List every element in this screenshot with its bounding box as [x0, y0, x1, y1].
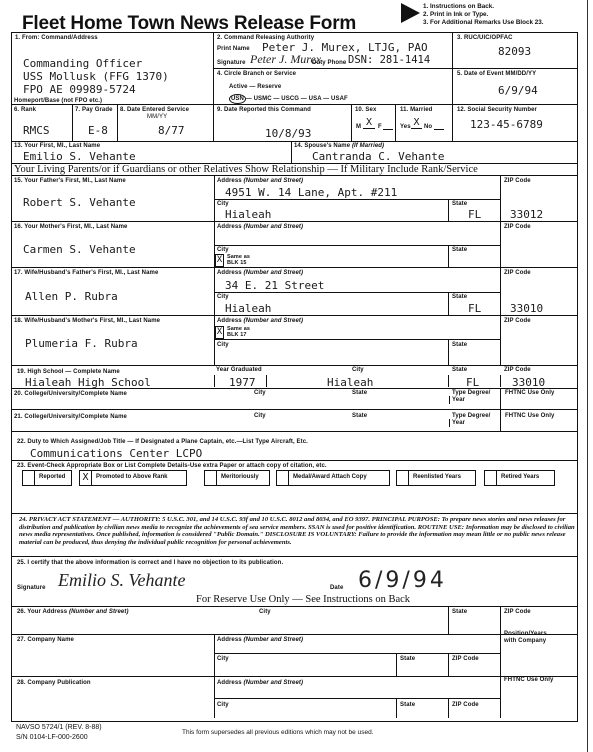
- date-reported-field[interactable]: 10/8/93: [265, 127, 311, 140]
- block14-label: 14. Spouse's Name: [294, 143, 350, 149]
- spouse-father-city-field[interactable]: Hialeah: [225, 302, 271, 315]
- block13-label: 13. Your First, MI., Last Name: [14, 143, 100, 149]
- block27-city-label: City: [217, 656, 229, 662]
- block16-zip-label: ZIP Code: [504, 224, 531, 230]
- block26-state-label: State: [452, 609, 467, 615]
- event-retired-checkbox[interactable]: [485, 471, 497, 485]
- block20-degree-label2: Year: [452, 397, 465, 403]
- date25-label: Date: [330, 585, 343, 591]
- block1-label: 1. From: Command/Address: [15, 35, 98, 41]
- date-entered-field[interactable]: 8/77: [158, 124, 185, 137]
- position-years-label2: with Company: [504, 638, 546, 644]
- spouse-father-name-field[interactable]: Allen P. Rubra: [25, 290, 118, 303]
- block20-fhtnc-label: FHTNC Use Only: [505, 390, 554, 396]
- position-years-label: Position/Years: [504, 631, 547, 637]
- event-reenlisted-checkbox[interactable]: [397, 471, 409, 485]
- privacy-act-statement: 24. PRIVACY ACT STATEMENT — AUTHORITY: 5…: [19, 516, 579, 546]
- instruction-1: 1. Instructions on Back.: [423, 3, 494, 10]
- duty-field[interactable]: Communications Center LCPO: [30, 447, 202, 460]
- sex-f-label: F: [378, 124, 382, 130]
- block12-label: 12. Social Security Number: [457, 107, 537, 113]
- block10-label: 10. Sex: [355, 107, 376, 113]
- event-reenlisted[interactable]: Reenlisted Years: [396, 470, 476, 486]
- event-reported-label: Reported: [39, 474, 65, 480]
- event-promoted-label: Promoted to Above Rank: [96, 474, 167, 480]
- block4-label: 4. Circle Branch or Service: [217, 71, 296, 77]
- spouse-mother-name-field[interactable]: Plumeria F. Rubra: [25, 337, 138, 350]
- block17-city-label: City: [217, 294, 229, 300]
- block27-zip-label: ZIP Code: [452, 656, 479, 662]
- hs-city-label: City: [352, 367, 364, 373]
- hs-zip-label: ZIP Code: [504, 367, 531, 373]
- block15-city-label: City: [217, 201, 229, 207]
- your-name-field[interactable]: Emilio S. Vehante: [23, 150, 136, 163]
- block18-address-label: Address: [217, 318, 242, 324]
- event-retired[interactable]: Retired Years: [484, 470, 555, 486]
- block20-label: 20. College/University/Complete Name: [14, 391, 127, 397]
- event-reenlisted-label: Reenlisted Years: [413, 474, 461, 480]
- block28-address-label: Address: [217, 680, 242, 686]
- event-details-area[interactable]: [14, 490, 574, 512]
- mother-same-as-checkbox[interactable]: X: [215, 254, 224, 267]
- block28-state-label: State: [400, 702, 415, 708]
- event-reported[interactable]: Reported: [22, 470, 72, 486]
- from-line-2[interactable]: USS Mollusk (FFG 1370): [23, 70, 169, 83]
- event-meritoriously[interactable]: Meritoriously: [204, 470, 270, 486]
- block21-city-label: City: [254, 413, 266, 419]
- certify-date[interactable]: 6/9/94: [358, 568, 447, 593]
- block11-label: 11. Married: [400, 107, 432, 113]
- block17-zip-label: ZIP Code: [504, 270, 531, 276]
- block8-label: 8. Date Entered Service: [120, 107, 189, 113]
- hs-state-label: State: [452, 367, 467, 373]
- spouse-mother-same-as-checkbox[interactable]: X: [215, 326, 224, 339]
- married-no-label: No: [424, 124, 432, 130]
- signature-label: Signature: [217, 60, 246, 66]
- block5-label: 5. Date of Event MM/DD/YY: [457, 71, 536, 77]
- active-reserve-options[interactable]: Active — Reserve: [229, 84, 281, 90]
- year-graduated-label: Year Graduated: [216, 367, 262, 373]
- event-medal-award[interactable]: Medal/Award Attach Copy: [276, 470, 390, 486]
- instruction-3: 3. For Additional Remarks Use Block 23.: [423, 19, 544, 26]
- block26-zip-label: ZIP Code: [504, 609, 531, 615]
- block21-degree-label: Type Degree/: [452, 413, 490, 419]
- rank-field[interactable]: RMCS: [23, 124, 50, 137]
- married-yes-label: Yes: [400, 124, 411, 130]
- father-address-field[interactable]: 4951 W. 14 Lane, Apt. #211: [225, 186, 397, 199]
- event-medal-award-label: Medal/Award Attach Copy: [293, 474, 367, 480]
- block14-label-hint: (If Married): [352, 143, 384, 149]
- block16-label: 16. Your Mother's First, MI., Last Name: [14, 224, 127, 230]
- block21-degree-label2: Year: [452, 420, 465, 426]
- block21-state-label: State: [352, 413, 367, 419]
- stock-number: S/N 0104-LF-000-2600: [16, 734, 88, 741]
- block21-fhtnc-label: FHTNC Use Only: [505, 413, 554, 419]
- block9-label: 9. Date Reported this Command: [217, 107, 311, 113]
- duty-phone-field[interactable]: DSN: 281-1414: [348, 54, 430, 66]
- married-no-checkbox[interactable]: [434, 117, 444, 130]
- block26-city-label: City: [259, 609, 271, 615]
- block28-city-label: City: [217, 702, 229, 708]
- supersedes-note: This form supersedes all previous editio…: [182, 729, 373, 736]
- block15-address-label: Address: [217, 178, 242, 184]
- pay-grade-field[interactable]: E-8: [88, 124, 108, 137]
- father-name-field[interactable]: Robert S. Vehante: [23, 196, 136, 209]
- member-signature[interactable]: Emilio S. Vehante: [58, 570, 185, 591]
- married-yes-checkbox[interactable]: X: [411, 117, 422, 129]
- block23-label: 23. Event-Check Appropriate Box or List …: [17, 463, 327, 469]
- block20-city-label: City: [254, 390, 266, 396]
- event-meritoriously-checkbox[interactable]: [205, 471, 217, 485]
- block17-label: 17. Wife/Husband's Father's First, MI., …: [14, 270, 158, 276]
- spouse-name-field[interactable]: Cantranda C. Vehante: [312, 150, 444, 163]
- form-number: NAVSO 5724/1 (REV. 8-88): [16, 724, 102, 731]
- block8-sublabel: MM/YY: [147, 114, 167, 120]
- block27-state-label: State: [400, 656, 415, 662]
- block20-degree-label: Type Degree/: [452, 390, 490, 396]
- block27-label: 27. Company Name: [17, 637, 74, 643]
- sex-m-checkbox[interactable]: X: [363, 117, 375, 129]
- father-city-field[interactable]: Hialeah: [225, 208, 271, 221]
- from-line-3[interactable]: FPO AE 09989-5724: [23, 83, 136, 96]
- ruc-field[interactable]: 82093: [498, 45, 531, 58]
- block28-fhtnc-label: FHTNC Use Only: [504, 677, 553, 683]
- event-retired-label: Retired Years: [501, 474, 539, 480]
- ssn-field[interactable]: 123-45-6789: [470, 118, 543, 131]
- spouse-father-zip-field[interactable]: 33010: [510, 302, 543, 315]
- page-edge-right: [587, 0, 588, 752]
- instruction-2: 2. Print in Ink or Type.: [423, 11, 488, 18]
- block6-label: 6. Rank: [14, 107, 36, 113]
- block17-address-label: Address: [217, 270, 242, 276]
- block15-zip-label: ZIP Code: [504, 178, 531, 184]
- reserve-banner: For Reserve Use Only — See Instructions …: [196, 594, 410, 605]
- duty-phone-label: Duty Phone: [312, 60, 346, 66]
- from-line-1[interactable]: Commanding Officer: [23, 57, 142, 70]
- block16-city-label: City: [217, 247, 229, 253]
- block15-state-label: State: [452, 201, 467, 207]
- event-meritoriously-label: Meritoriously: [221, 474, 259, 480]
- block3-label: 3. RUC/UIC/OPFAC: [457, 35, 513, 41]
- block21-label: 21. College/University/Complete Name: [14, 414, 127, 420]
- block18-zip-label: ZIP Code: [504, 318, 531, 324]
- mother-name-field[interactable]: Carmen S. Vehante: [23, 243, 136, 256]
- sex-f-checkbox[interactable]: [383, 117, 393, 130]
- spouse-mother-same-as-block: BLK 17: [227, 332, 247, 338]
- block28-label: 28. Company Publication: [17, 680, 91, 686]
- sex-m-label: M: [356, 124, 361, 130]
- block17-state-label: State: [452, 294, 467, 300]
- spouse-father-state-field[interactable]: FL: [468, 302, 481, 315]
- block16-address-label: Address: [217, 224, 242, 230]
- spouse-father-address-field[interactable]: 34 E. 21 Street: [225, 279, 324, 292]
- signature25-label: Signature: [17, 585, 46, 591]
- block20-state-label: State: [352, 390, 367, 396]
- branch-options[interactable]: USN — USMC — USCG — USA — USAF: [231, 96, 348, 102]
- block18-state-label: State: [452, 342, 467, 348]
- block16-state-label: State: [452, 247, 467, 253]
- relatives-banner: Your Living Parents/or if Guardians or o…: [14, 164, 478, 175]
- block25-label: 25. I certify that the above information…: [17, 560, 283, 566]
- father-state-field[interactable]: FL: [468, 208, 481, 221]
- block27-address-label: Address: [217, 637, 242, 643]
- mother-same-as-block: BLK 15: [227, 260, 247, 266]
- event-date-field[interactable]: 6/9/94: [498, 84, 538, 97]
- event-promoted[interactable]: XPromoted to Above Rank: [79, 470, 187, 486]
- event-medal-award-checkbox[interactable]: [277, 471, 289, 485]
- pointer-arrow-icon: [401, 3, 420, 23]
- block18-label: 18. Wife/Husband's Mother's First, MI., …: [14, 318, 160, 324]
- event-reported-checkbox[interactable]: [23, 471, 35, 485]
- block7-label: 7. Pay Grade: [75, 107, 113, 113]
- block22-label: 22. Duty to Which Assigned/Job Title — I…: [17, 439, 308, 445]
- block19-label: 19. High School — Complete Name: [17, 369, 120, 375]
- father-zip-field[interactable]: 33012: [510, 208, 543, 221]
- block15-label: 15. Your Father's First, MI., Last Name: [14, 178, 126, 184]
- block18-city-label: City: [217, 342, 229, 348]
- releasing-signature[interactable]: Peter J. Murex: [250, 52, 321, 67]
- block28-zip-label: ZIP Code: [452, 702, 479, 708]
- block26-label: 26. Your Address: [17, 609, 67, 615]
- print-name-label: Print Name: [217, 46, 250, 52]
- event-promoted-checkbox[interactable]: X: [80, 471, 92, 485]
